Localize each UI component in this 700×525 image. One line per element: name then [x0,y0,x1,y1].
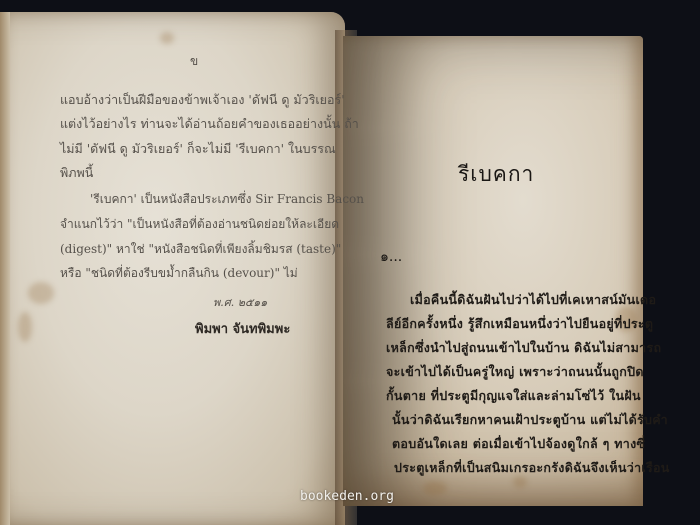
text-line: ลีย์อีกครั้งหนึ่ง รู้สึกเหมือนหนึ่งว่าไป… [386,314,653,334]
text-line: ประตูเหล็กที่เป็นสนิมเกรอะกรังดิฉันจึงเห… [394,458,670,478]
author-signature: พิมพา จันทพิมพะ [195,318,290,339]
text-line: ไม่มี 'ดัฟนี ดู มัวริเยอร์' ก็จะไม่มี 'ร… [60,139,336,159]
text-line: นั้นว่าดิฉันเรียกหาคนเฝ้าประตูบ้าน แต่ไม… [392,410,668,430]
page-marker: ข [190,52,198,71]
text-line: จะเข้าไปได้เป็นครู่ใหญ่ เพราะว่าถนนนั้นถ… [386,362,644,382]
text-line: เหล็กซึ่งนำไปสู่ถนนเข้าไปในบ้าน ดิฉันไม่… [386,338,661,358]
text-line: 'รีเบคกา' เป็นหนังสือประเภทซึ่ง Sir Fran… [90,190,364,209]
stain [160,32,174,44]
page-edge [0,12,10,525]
text-line: กั้นตาย ที่ประตูมีกุญแจใส่และล่ามโซ่ไว้ … [386,386,641,406]
stain [423,481,447,495]
stain [18,312,32,342]
text-line: จำแนกไว้ว่า "เป็นหนังสือที่ต้องอ่านชนิดย… [60,215,339,234]
chapter-number: ๑... [380,246,402,268]
open-book-photo: ข แอบอ้างว่าเป็นฝีมือของข้าพเจ้าเอง 'ดัฟ… [0,0,700,525]
stain [28,282,54,304]
text-line: เมื่อคืนนี้ดิฉันฝันไปว่าได้ไปที่เคเหาสน์… [410,290,656,310]
text-line: พิภพนี้ [60,163,93,183]
text-line: แต่งไว้อย่างไร ท่านจะได้อ่านถ้อยคำของเธอ… [60,114,359,134]
date: พ.ศ. ๒๕๑๑ [213,293,267,311]
text-line: ตอบอันใดเลย ต่อเมื่อเข้าไปจ้องดูใกล้ ๆ ท… [392,434,645,454]
text-line: แอบอ้างว่าเป็นฝีมือของข้าพเจ้าเอง 'ดัฟนี… [60,90,345,110]
text-line: (digest)" หาใช่ "หนังสือชนิดที่เพียงลิ้ม… [60,240,341,259]
text-line: หรือ "ชนิดที่ต้องรีบขม้ำกลืนกิน (devour)… [60,264,298,283]
watermark: bookeden.org [300,489,394,504]
book-title: รีเบคกา [458,158,534,191]
